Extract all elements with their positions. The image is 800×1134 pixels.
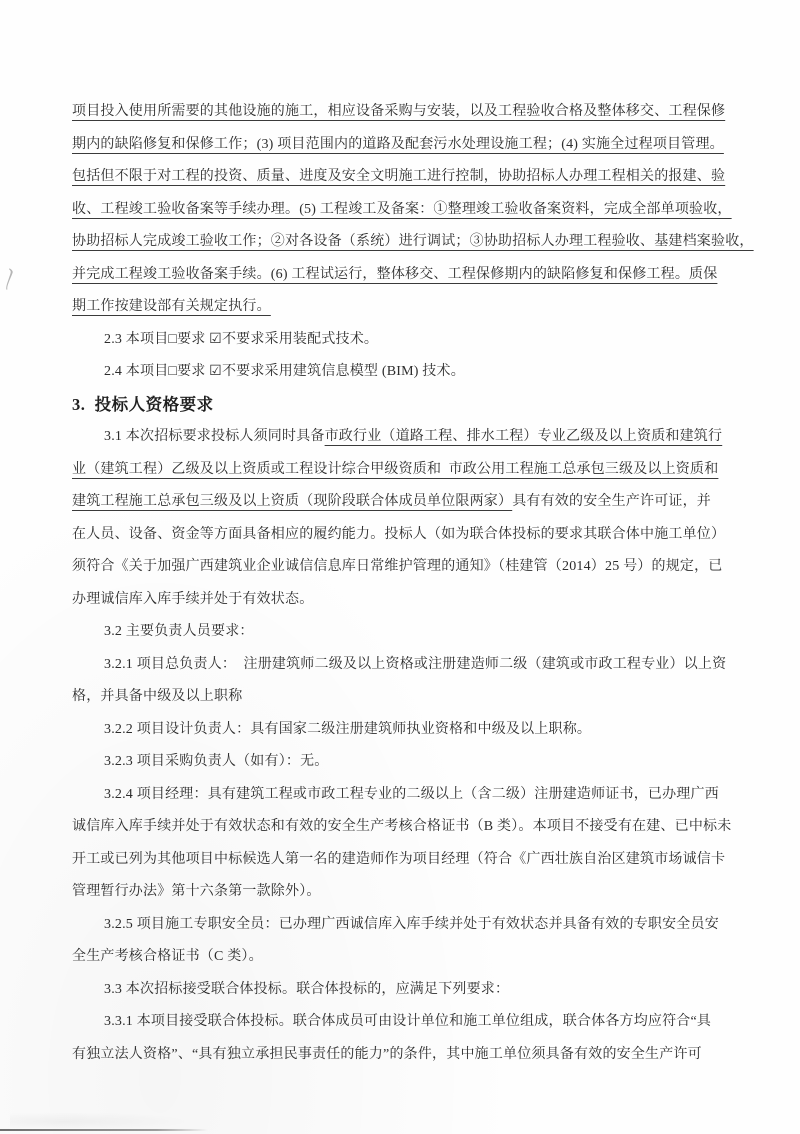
text-line: 收、工程竣工验收备案等手续办理。(5) 工程竣工及备案：①整理竣工验收备案资料，… <box>72 194 744 227</box>
text-run: 管理暂行办法》第十六条第一款除外）。 <box>72 884 321 899</box>
text-run: 2.3 本项目 <box>104 332 168 347</box>
text-line: 有独立法人资格”、“具有独立承担民事责任的能力”的条件，其中施工单位须具备有效的… <box>72 1039 744 1072</box>
text-run: 市政行业（道路工程、排水工程）专业乙级及以上资质和建筑行 <box>325 429 723 444</box>
text-line: 3.2.4 项目经理：具有建筑工程或市政工程专业的二级以上（含二级）注册建造师证… <box>72 779 744 812</box>
text-run: 3.2.1 项目总负责人： 注册建筑师二级及以上资格或注册建造师二级（建筑或市政… <box>104 657 726 672</box>
text-line: 全生产考核合格证书（C 类）。 <box>72 941 744 974</box>
text-run: 全生产考核合格证书（C 类）。 <box>72 949 263 964</box>
checkbox-unchecked-icon: □ <box>168 364 177 379</box>
text-line: 管理暂行办法》第十六条第一款除外）。 <box>72 876 744 909</box>
text-run: 3.2.4 项目经理：具有建筑工程或市政工程专业的二级以上（含二级）注册建造师证… <box>104 787 719 802</box>
text-line: 在人员、设备、资金等方面具备相应的履约能力。投标人（如为联合体投标的要求其联合体… <box>72 519 744 552</box>
text-run: 2.4 本项目 <box>104 364 168 379</box>
text-line: 3.3.1 本项目接受联合体投标。联合体成员可由设计单位和施工单位组成，联合体各… <box>72 1006 744 1039</box>
text-line: 期工作按建设部有关规定执行。 <box>72 291 744 324</box>
text-line: 2.3 本项目□要求 ☑不要求采用装配式技术。 <box>72 324 744 357</box>
text-line: 2.4 本项目□要求 ☑不要求采用建筑信息模型 (BIM) 技术。 <box>72 356 744 389</box>
text-run: 有独立法人资格”、“具有独立承担民事责任的能力”的条件，其中施工单位须具备有效的… <box>72 1047 702 1062</box>
text-line: 3.2 主要负责人员要求： <box>72 616 744 649</box>
text-line: 并完成工程竣工验收备案手续。(6) 工程试运行，整体移交、工程保修期内的缺陷修复… <box>72 259 744 292</box>
text-line: 3.3 本次招标接受联合体投标。联合体投标的，应满足下列要求： <box>72 974 744 1007</box>
text-line: 须符合《关于加强广西建筑业企业诚信信息库日常维护管理的通知》（桂建管（2014）… <box>72 551 744 584</box>
checkbox-checked-icon: ☑ <box>209 332 222 347</box>
text-run: 在人员、设备、资金等方面具备相应的履约能力。投标人（如为联合体投标的要求其联合体… <box>72 527 725 542</box>
text-block: 项目投入使用所需要的其他设施的施工，相应设备采购与安装，以及工程验收合格及整体移… <box>72 96 744 1071</box>
text-run: 3.2.3 项目采购负责人（如有）：无。 <box>104 754 329 769</box>
text-line: 包括但不限于对工程的投资、质量、进度及安全文明施工进行控制，协助招标人办理工程相… <box>72 161 744 194</box>
text-line: 建筑工程施工总承包三级及以上资质（现阶段联合体成员单位限两家）具有有效的安全生产… <box>72 486 744 519</box>
text-run: 3. 投标人资格要求 <box>72 395 214 414</box>
text-line: 项目投入使用所需要的其他设施的施工，相应设备采购与安装，以及工程验收合格及整体移… <box>72 96 744 129</box>
text-run: 诚信库入库手续并处于有效状态和有效的安全生产考核合格证书（B 类）。本项目不接受… <box>72 819 731 834</box>
text-run: 3.2.5 项目施工专职安全员：已办理广西诚信库入库手续并处于有效状态并具备有效… <box>104 917 719 932</box>
text-run: 期内的缺陷修复和保修工作；(3) 项目范围内的道路及配套污水处理设施工程；(4)… <box>72 137 724 152</box>
text-run: 业（建筑工程）乙级及以上资质或工程设计综合甲级资质和 市政公用工程施工总承包三级… <box>72 462 718 477</box>
text-run: 协助招标人完成竣工验收工作；②对各设备（系统）进行调试；③协助招标人办理工程验收… <box>72 234 754 249</box>
scan-artifact-line <box>0 1129 208 1131</box>
text-run: 建筑工程施工总承包三级及以上资质（现阶段联合体成员单位限两家） <box>72 494 512 509</box>
text-line: 3.2.5 项目施工专职安全员：已办理广西诚信库入库手续并处于有效状态并具备有效… <box>72 909 744 942</box>
text-line: 3.2.2 项目设计负责人：具有国家二级注册建筑师执业资格和中级及以上职称。 <box>72 714 744 747</box>
text-run: 须符合《关于加强广西建筑业企业诚信信息库日常维护管理的通知》（桂建管（2014）… <box>72 559 723 574</box>
text-line: 期内的缺陷修复和保修工作；(3) 项目范围内的道路及配套污水处理设施工程；(4)… <box>72 129 744 162</box>
text-line: 3.2.1 项目总负责人： 注册建筑师二级及以上资格或注册建造师二级（建筑或市政… <box>72 649 744 682</box>
text-run: 收、工程竣工验收备案等手续办理。(5) 工程竣工及备案：①整理竣工验收备案资料，… <box>72 202 732 217</box>
text-run: 项目投入使用所需要的其他设施的施工，相应设备采购与安装，以及工程验收合格及整体移… <box>72 104 725 119</box>
text-run: 3.3.1 本项目接受联合体投标。联合体成员可由设计单位和施工单位组成，联合体各… <box>104 1014 711 1029</box>
text-run: 3.1 本次招标要求投标人须同时具备 <box>104 429 325 444</box>
text-run: 不要求采用建筑信息模型 (BIM) 技术。 <box>222 364 465 379</box>
checkbox-checked-icon: ☑ <box>209 364 222 379</box>
text-run: 办理诚信库入库手续并处于有效状态。 <box>72 592 313 607</box>
checkbox-unchecked-icon: □ <box>168 332 177 347</box>
text-run: 3.2 主要负责人员要求： <box>104 624 254 639</box>
text-run: 开工或已列为其他项目中标候选人第一名的建造师作为项目经理（符合《广西壮族自治区建… <box>72 852 725 867</box>
text-line: 开工或已列为其他项目中标候选人第一名的建造师作为项目经理（符合《广西壮族自治区建… <box>72 844 744 877</box>
document-page: 项目投入使用所需要的其他设施的施工，相应设备采购与安装，以及工程验收合格及整体移… <box>0 0 800 1134</box>
text-run: 要求 <box>177 332 209 347</box>
section-heading: 3. 投标人资格要求 <box>72 389 744 422</box>
text-run: 3.3 本次招标接受联合体投标。联合体投标的，应满足下列要求： <box>104 982 509 997</box>
text-run: 包括但不限于对工程的投资、质量、进度及安全文明施工进行控制，协助招标人办理工程相… <box>72 169 725 184</box>
text-run: 要求 <box>177 364 209 379</box>
text-run: 期工作按建设部有关规定执行。 <box>72 299 271 314</box>
text-line: 3.1 本次招标要求投标人须同时具备市政行业（道路工程、排水工程）专业乙级及以上… <box>72 421 744 454</box>
text-line: 诚信库入库手续并处于有效状态和有效的安全生产考核合格证书（B 类）。本项目不接受… <box>72 811 744 844</box>
text-line: 业（建筑工程）乙级及以上资质或工程设计综合甲级资质和 市政公用工程施工总承包三级… <box>72 454 744 487</box>
text-run: 格，并具备中级及以上职称 <box>72 689 242 704</box>
text-line: 3.2.3 项目采购负责人（如有）：无。 <box>72 746 744 779</box>
text-run: 不要求采用装配式技术。 <box>222 332 378 347</box>
text-line: 办理诚信库入库手续并处于有效状态。 <box>72 584 744 617</box>
text-line: 协助招标人完成竣工验收工作；②对各设备（系统）进行调试；③协助招标人办理工程验收… <box>72 226 744 259</box>
text-run: 具有有效的安全生产许可证，并 <box>512 494 711 509</box>
text-line: 格，并具备中级及以上职称 <box>72 681 744 714</box>
scan-smudge <box>10 1112 190 1128</box>
text-run: 3.2.2 项目设计负责人：具有国家二级注册建筑师执业资格和中级及以上职称。 <box>104 722 591 737</box>
text-run: 并完成工程竣工验收备案手续。(6) 工程试运行，整体移交、工程保修期内的缺陷修复… <box>72 267 717 282</box>
